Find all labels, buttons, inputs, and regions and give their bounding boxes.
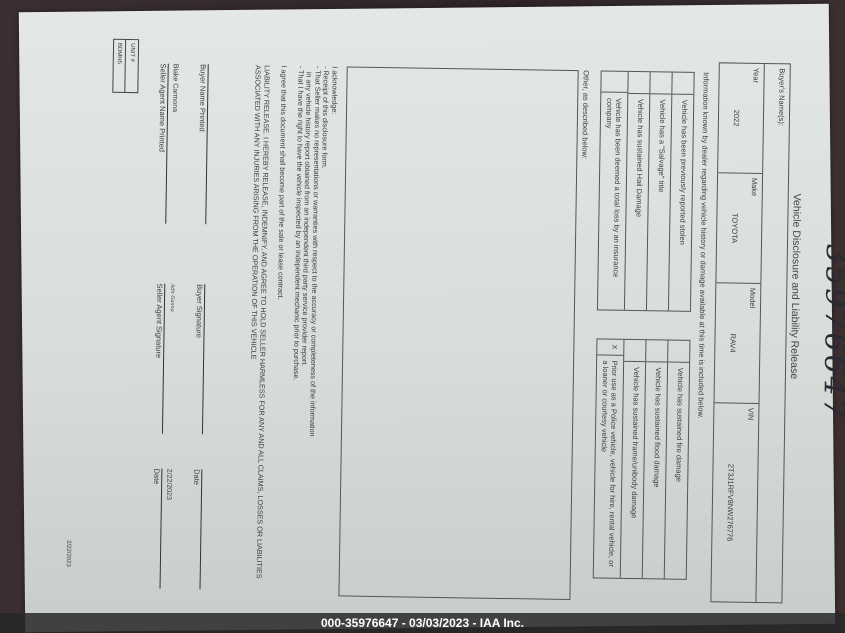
make-cell: Make TOYOTA — [716, 173, 762, 284]
checklist-item: Vehicle has been deemed a total loss by … — [598, 71, 628, 309]
checklist-item: Vehicle has sustained fire damage — [664, 341, 690, 579]
buyer-signature-field[interactable]: Buyer Signature — [193, 284, 215, 434]
checkbox[interactable] — [650, 72, 671, 94]
checklist-left: Vehicle has been previously reported sto… — [597, 70, 695, 311]
checklist-label: Vehicle has been previously reported sto… — [670, 95, 693, 250]
checkbox[interactable] — [628, 72, 649, 94]
checklist-item: Vehicle has sustained Hail Damage — [624, 72, 650, 310]
checkbox[interactable] — [672, 73, 693, 95]
other-description-box[interactable] — [338, 66, 578, 600]
vin-label: VIN — [746, 408, 755, 421]
model-value: RAV4 — [728, 283, 739, 402]
seller-date-value: 2/22/2023 — [161, 469, 173, 589]
model-label: Model — [748, 288, 757, 309]
checklist-label: Vehicle has been deemed a total loss by … — [598, 93, 627, 310]
checklist-right: Vehicle has sustained fire damage Vehicl… — [593, 338, 691, 579]
vin-cell: VIN 2T3J1RFV8NW276776 — [711, 403, 758, 602]
vin-value: 2T3J1RFV8NW276776 — [724, 403, 736, 601]
unit-value: BDMH5 — [112, 40, 125, 92]
info-text: Information known by dealer regarding ve… — [696, 72, 710, 419]
buyer-date-label: Date — [191, 469, 202, 589]
buyer-date-field[interactable]: Date — [191, 469, 213, 589]
unit-label: UNIT # — [124, 40, 138, 92]
checklist-label: Vehicle has sustained flood damage — [644, 362, 667, 492]
checklist-label: Vehicle has sustained fire damage — [666, 363, 689, 488]
checklist-item: Vehicle has a "Salvage" title — [646, 72, 672, 310]
checklist-item: Vehicle has sustained flood damage — [642, 340, 668, 578]
buyer-date-value — [201, 469, 213, 589]
unit-box: UNIT # BDMH5 — [112, 39, 139, 93]
checklist-label: Vehicle has a "Salvage" title — [649, 94, 672, 197]
checklist-label: Vehicle has sustained frame/unibody dama… — [622, 362, 646, 524]
checklist-item: Vehicle has sustained frame/unibody dama… — [620, 340, 646, 578]
checkbox[interactable] — [601, 71, 627, 93]
watermark-banner: 000-35976647 - 03/03/2023 - IAA Inc. — [0, 613, 845, 633]
checklist-label: Vehicle has sustained Hail Damage — [626, 94, 649, 222]
year-cell: Year 2022 — [718, 63, 764, 174]
make-label: Make — [750, 178, 759, 196]
checklist-item: XPrior use as a Police vehicle, vehicle … — [594, 339, 624, 577]
seller-date-label: Date — [151, 468, 162, 588]
vehicle-info-table: Buyer's Name(s): Year 2022 Make TOYOTA M… — [710, 62, 790, 603]
checkbox[interactable] — [668, 341, 689, 363]
make-value: TOYOTA — [729, 174, 740, 283]
checklist-item: Vehicle has been previously reported sto… — [668, 73, 694, 311]
year-label: Year — [752, 68, 761, 83]
checklist-label: Prior use as a Police vehicle, vehicle f… — [594, 355, 623, 578]
buyer-name-printed-field[interactable]: Buyer Name Printed — [196, 64, 219, 224]
document-paper: 35976647 Vehicle Disclosure and Liabilit… — [19, 4, 835, 632]
checkbox-checked[interactable]: X — [597, 339, 623, 355]
liability-release-text: LIABILITY RELEASE. I HEREBY RELEASE, IND… — [245, 65, 271, 605]
checkbox[interactable] — [646, 340, 667, 362]
acknowledgement-section: I acknowledge: - Receipt of this disclos… — [271, 65, 339, 596]
seller-agent-name-field[interactable]: Blake Carmona Seller Agent Name Printed — [156, 64, 179, 224]
checkbox[interactable] — [624, 340, 645, 362]
vehicle-disclosure-form: 35976647 Vehicle Disclosure and Liabilit… — [30, 32, 819, 604]
footer-date: 2/22/2023 — [65, 540, 71, 567]
year-value: 2022 — [731, 64, 742, 173]
model-cell: Model RAV4 — [714, 283, 760, 404]
buyer-name-label: Buyer's Name(s): — [777, 68, 787, 126]
form-title: Vehicle Disclosure and Liability Release — [788, 193, 803, 379]
seller-agent-signature-field[interactable]: Adn Ganna Seller Agent Signature — [153, 283, 175, 433]
handwritten-stock-number: 35976647 — [816, 244, 845, 421]
seller-date-field[interactable]: 2/22/2023 Date — [151, 468, 173, 588]
other-label: Other, as described below: — [580, 70, 590, 159]
